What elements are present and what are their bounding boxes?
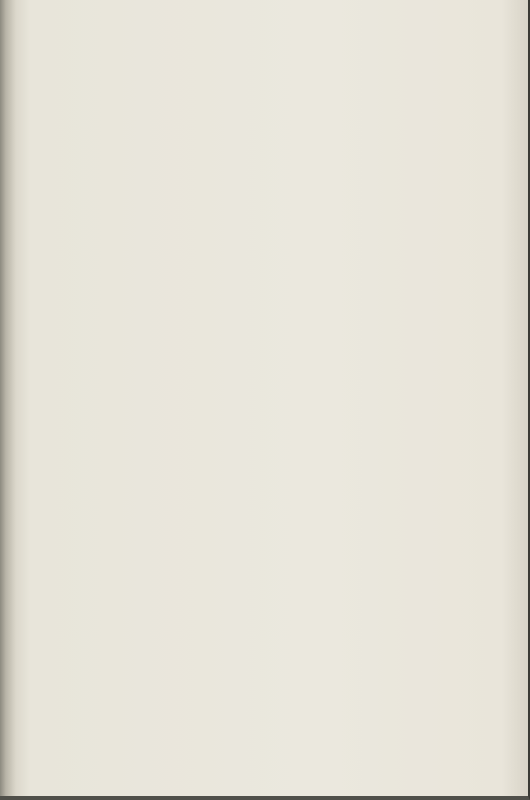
document-page: [0, 0, 530, 800]
